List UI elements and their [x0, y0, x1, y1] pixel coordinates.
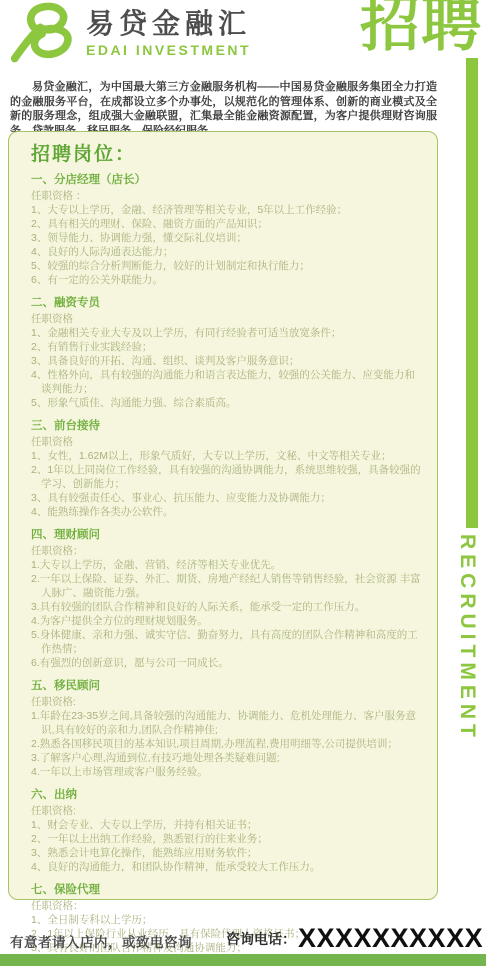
qualification-label: 任职资格: [31, 804, 425, 818]
requirement-item: 1、财会专业、大专以上学历，并持有相关证书； [31, 818, 425, 832]
requirement-item: 3.具有较强的团队合作精神和良好的人际关系，能承受一定的工作压力。 [31, 600, 425, 614]
requirement-item: 1.大专以上学历，金融、营销、经济等相关专业优先。 [31, 558, 425, 572]
positions-box: 招聘岗位： 一、分店经理（店长） 任职资格 ： 1、大专以上学历，金融、经济管理… [8, 131, 438, 900]
positions-title: 招聘岗位： [31, 139, 425, 166]
company-logo-icon [8, 2, 80, 64]
requirement-item: 2.熟悉各国移民项目的基本知识,项目周期,办理流程,费用明细等,公司提供培训； [31, 737, 425, 751]
recruitment-poster: 易贷金融汇 EDAI INVESTMENT 招聘 RECRUITMENT 易贷金… [0, 0, 486, 966]
requirement-item: 4、良好的沟通能力，和团队协作精神，能承受较大工作压力。 [31, 860, 425, 874]
job-title: 二、融资专员 [31, 296, 425, 311]
job-section-6: 六、出纳 任职资格: 1、财会专业、大专以上学历，并持有相关证书； 2、一年以上… [31, 788, 425, 874]
job-title: 七、保险代理 [31, 883, 425, 898]
requirement-item: 2、一年以上出纳工作经验，熟悉银行的往来业务； [31, 832, 425, 846]
phone-label: 咨询电话： [226, 929, 296, 949]
requirement-item: 1、大专以上学历，金融、经济管理等相关专业，5年以上工作经验； [31, 203, 425, 217]
job-section-2: 二、融资专员 任职资格 1、金融相关专业大专及以上学历，有同行经验者可适当放宽条… [31, 296, 425, 410]
footer-visit-text: 有意者请入店内，或致电咨询 [10, 931, 192, 951]
requirement-item: 3、领导能力、协调能力强，懂交际礼仪培训； [31, 231, 425, 245]
requirement-item: 5、形象气质佳、沟通能力强、综合素质高。 [31, 396, 425, 410]
job-section-4: 四、理财顾问 任职资格： 1.大专以上学历，金融、营销、经济等相关专业优先。 2… [31, 528, 425, 670]
company-name-en: EDAI INVESTMENT [86, 42, 251, 58]
requirement-item: 2、有销售行业实践经验； [31, 340, 425, 354]
recruit-banner: 招聘 [360, 0, 482, 58]
company-name-cn: 易贷金融汇 [86, 8, 251, 40]
requirement-item: 1、金融相关专业大专及以上学历，有同行经验者可适当放宽条件； [31, 326, 425, 340]
qualification-label: 任职资格： [31, 899, 425, 913]
requirement-item: 2、具有相关的理财、保险、融资方面的产品知识； [31, 217, 425, 231]
phone-number: XXXXXXXXXX [298, 923, 483, 954]
requirement-item: 1、女性，1.62M以上，形象气质好，大专以上学历，文秘、中文等相关专业； [31, 449, 425, 463]
job-title: 三、前台接待 [31, 419, 425, 434]
job-title: 四、理财顾问 [31, 528, 425, 543]
company-intro: 易贷金融汇，为中国最大第三方金融服务机构——中国易贷金融服务集团全力打造的金融服… [10, 80, 437, 138]
recruitment-side-text: RECRUITMENT [455, 534, 479, 742]
job-section-3: 三、前台接待 任职资格 1、女性，1.62M以上，形象气质好，大专以上学历，文秘… [31, 419, 425, 519]
requirement-item: 4、能熟练操作各类办公软件。 [31, 505, 425, 519]
requirement-item: 5.身体健康、亲和力强、诚实守信、勤奋努力，具有高度的团队合作精神和高度的工作热… [31, 628, 425, 656]
company-name-block: 易贷金融汇 EDAI INVESTMENT [86, 8, 251, 58]
requirement-item: 5、较强的综合分析判断能力，较好的计划制定和执行能力； [31, 259, 425, 273]
requirement-item: 4、性格外向，具有较强的沟通能力和语言表达能力，较强的公关能力、应变能力和谈判能… [31, 368, 425, 396]
requirement-item: 6.有强烈的创新意识，愿与公司一同成长。 [31, 656, 425, 670]
requirement-item: 4、良好的人际沟通表达能力； [31, 245, 425, 259]
job-title: 五、移民顾问 [31, 679, 425, 694]
qualification-label: 任职资格 [31, 435, 425, 449]
qualification-label: 任职资格 ： [31, 189, 425, 203]
company-logo: 易贷金融汇 EDAI INVESTMENT [8, 2, 251, 64]
requirement-item: 3、具备良好的开拓、沟通、组织、谈判及客户服务意识； [31, 354, 425, 368]
job-section-5: 五、移民顾问 任职资格: 1.年龄在23-35岁之间,具备较强的沟通能力、协调能… [31, 679, 425, 779]
qualification-label: 任职资格 [31, 312, 425, 326]
job-title: 一、分店经理（店长） [31, 173, 425, 188]
requirement-item: 4.为客户提供全方位的理财规划服务。 [31, 614, 425, 628]
requirement-item: 2.一年以上保险、证券、外汇、期货、房地产经纪人销售等销售经验，社会资源 丰富人… [31, 572, 425, 600]
banner-vertical-bar [466, 58, 478, 528]
footer-phone: 咨询电话： XXXXXXXXXX [226, 923, 483, 954]
requirement-item: 3.了解客户心理,沟通到位,有技巧地处理各类疑难问题; [31, 751, 425, 765]
qualification-label: 任职资格: [31, 695, 425, 709]
job-section-1: 一、分店经理（店长） 任职资格 ： 1、大专以上学历，金融、经济管理等相关专业，… [31, 173, 425, 287]
requirement-item: 6、有一定的公关外联能力。 [31, 273, 425, 287]
qualification-label: 任职资格： [31, 544, 425, 558]
requirement-item: 2、1年以上同岗位工作经验，具有较强的沟通协调能力，系统思维较强，具备较强的学习… [31, 463, 425, 491]
job-title: 六、出纳 [31, 788, 425, 803]
bottom-green-bar [0, 954, 486, 966]
requirement-item: 3、熟悉会计电算化操作，能熟练应用财务软件； [31, 846, 425, 860]
requirement-item: 1.年龄在23-35岁之间,具备较强的沟通能力、协调能力、危机处理能力、客户服务… [31, 709, 425, 737]
requirement-item: 4.一年以上市场管理或客户服务经验。 [31, 765, 425, 779]
requirement-item: 3、具有较强责任心、事业心、抗压能力、应变能力及协调能力； [31, 491, 425, 505]
